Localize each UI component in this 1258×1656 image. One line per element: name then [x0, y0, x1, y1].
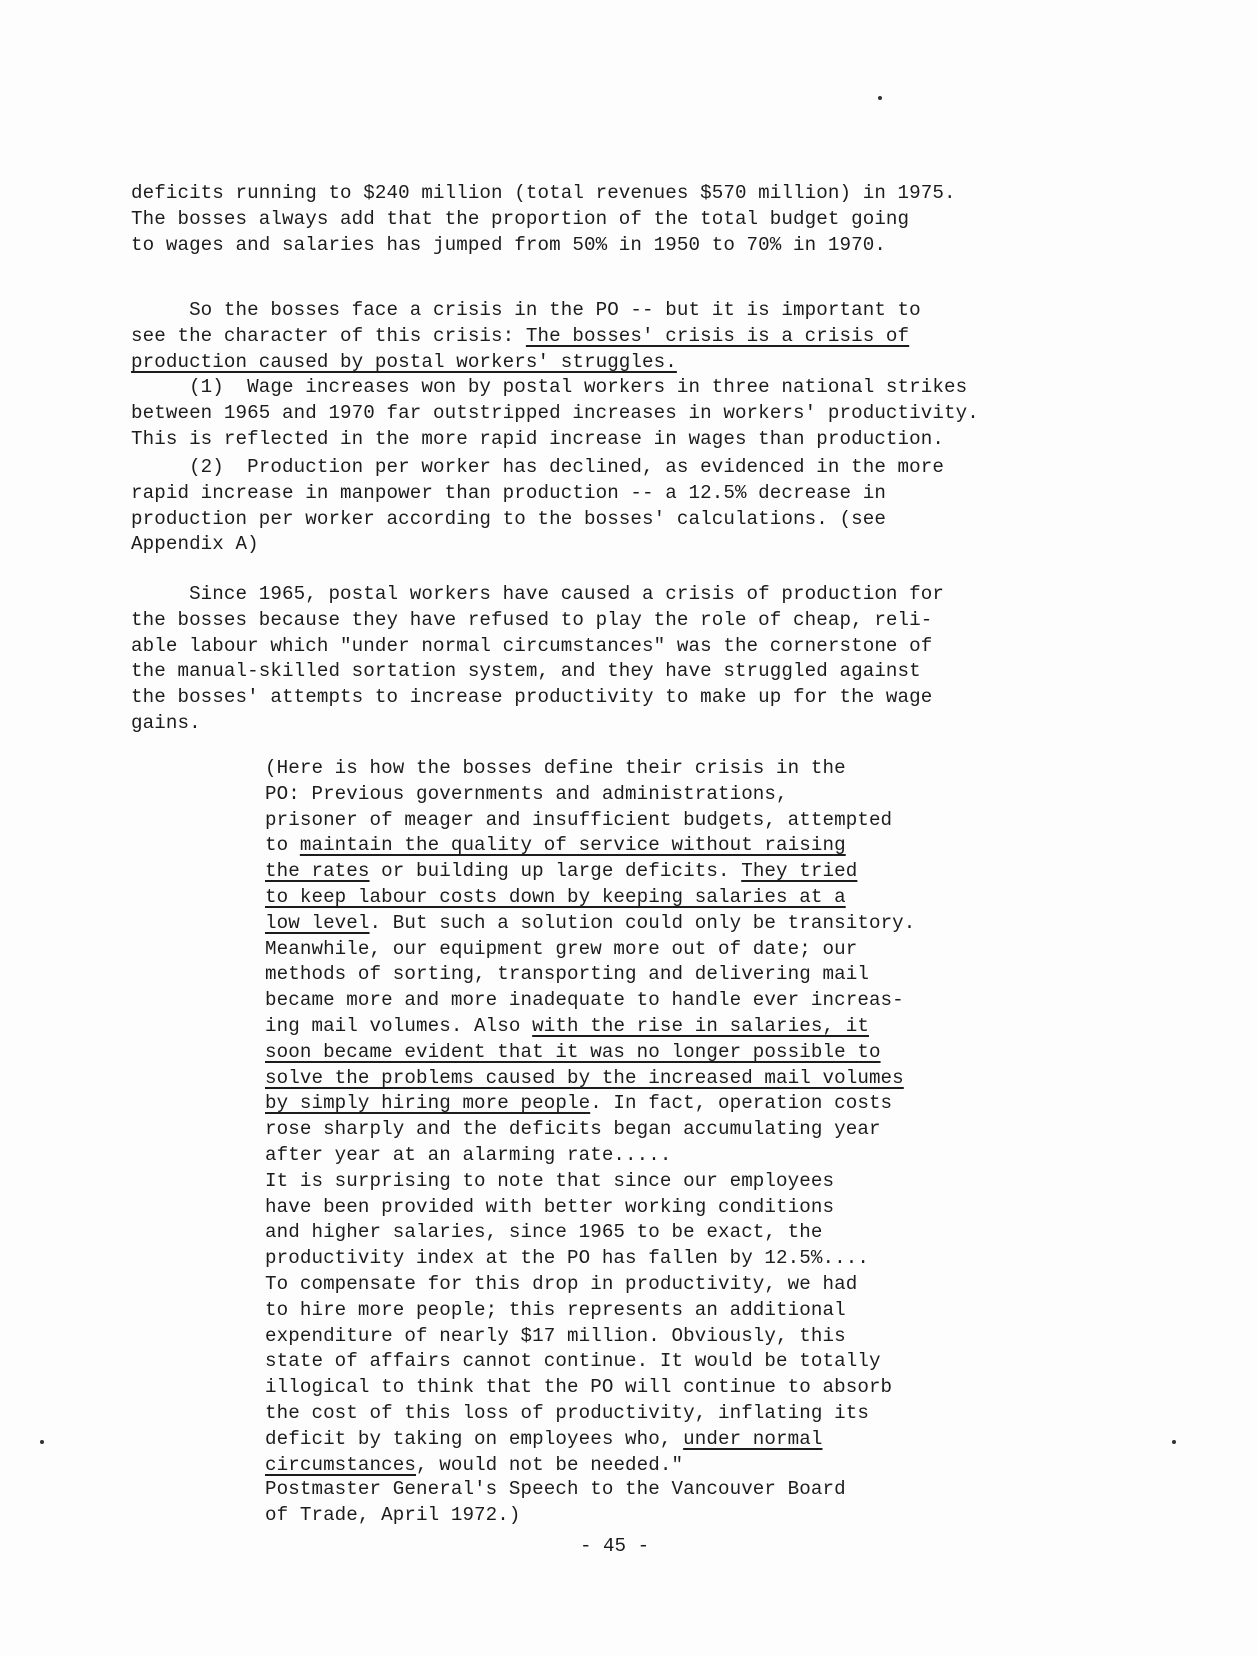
underlined-emphasis: production caused by postal workers' str…: [131, 351, 677, 373]
text-run: deficit by taking on employees who,: [265, 1428, 683, 1450]
text-run: deficits running to $240 million (total …: [131, 182, 956, 204]
text-run: the manual-skilled sortation system, and…: [131, 660, 921, 682]
text-run: have been provided with better working c…: [265, 1196, 834, 1218]
underlined-emphasis: circumstances: [265, 1454, 416, 1476]
text-run: of Trade, April 1972.): [265, 1504, 521, 1526]
text-line: between 1965 and 1970 far outstripped in…: [131, 401, 979, 426]
text-run: rose sharply and the deficits began accu…: [265, 1118, 881, 1140]
document-page: deficits running to $240 million (total …: [0, 0, 1258, 1656]
text-line: the bosses' attempts to increase product…: [131, 685, 932, 710]
text-line: methods of sorting, transporting and del…: [265, 962, 869, 987]
text-run: state of affairs cannot continue. It wou…: [265, 1350, 881, 1372]
text-line: became more and more inadequate to handl…: [265, 988, 904, 1013]
text-run: expenditure of nearly $17 million. Obvio…: [265, 1325, 846, 1347]
text-run: Meanwhile, our equipment grew more out o…: [265, 938, 857, 960]
text-run: or building up large deficits.: [370, 860, 742, 882]
text-line: Meanwhile, our equipment grew more out o…: [265, 937, 857, 962]
text-line: to wages and salaries has jumped from 50…: [131, 233, 886, 258]
text-run: . In fact, operation costs: [590, 1092, 892, 1114]
text-line: solve the problems caused by the increas…: [265, 1066, 904, 1091]
text-run: able labour which "under normal circumst…: [131, 635, 932, 657]
text-run: see the character of this crisis:: [131, 325, 526, 347]
text-run: , would not be needed.": [416, 1454, 683, 1476]
text-line: of Trade, April 1972.): [265, 1503, 521, 1528]
text-run: the cost of this loss of productivity, i…: [265, 1402, 869, 1424]
page-number: - 45 -: [580, 1535, 649, 1557]
text-line: soon became evident that it was no longe…: [265, 1040, 881, 1065]
text-line: to maintain the quality of service witho…: [265, 833, 846, 858]
text-line: and higher salaries, since 1965 to be ex…: [265, 1220, 823, 1245]
underlined-emphasis: They tried: [741, 860, 857, 882]
text-line: To compensate for this drop in productiv…: [265, 1272, 857, 1297]
underlined-emphasis: maintain the quality of service without …: [300, 834, 846, 856]
text-line: to hire more people; this represents an …: [265, 1298, 846, 1323]
text-line: the bosses because they have refused to …: [131, 608, 932, 633]
underlined-emphasis: with the rise in salaries, it: [532, 1015, 869, 1037]
text-line: (1) Wage increases won by postal workers…: [131, 375, 967, 400]
text-run: PO: Previous governments and administrat…: [265, 783, 788, 805]
text-run: illogical to think that the PO will cont…: [265, 1376, 892, 1398]
text-run: ing mail volumes. Also: [265, 1015, 532, 1037]
text-run: (1) Wage increases won by postal workers…: [131, 376, 967, 398]
text-line: Appendix A): [131, 532, 259, 557]
text-line: PO: Previous governments and administrat…: [265, 782, 788, 807]
text-run: became more and more inadequate to handl…: [265, 989, 904, 1011]
text-run: It is surprising to note that since our …: [265, 1170, 834, 1192]
scan-speck: [878, 96, 882, 100]
text-run: The bosses always add that the proportio…: [131, 208, 909, 230]
text-line: deficit by taking on employees who, unde…: [265, 1427, 823, 1452]
text-run: To compensate for this drop in productiv…: [265, 1273, 857, 1295]
text-line: the manual-skilled sortation system, and…: [131, 659, 921, 684]
text-run: the bosses because they have refused to …: [131, 609, 932, 631]
text-line: deficits running to $240 million (total …: [131, 181, 956, 206]
text-line: after year at an alarming rate.....: [265, 1143, 672, 1168]
text-line: rose sharply and the deficits began accu…: [265, 1117, 881, 1142]
text-line: circumstances, would not be needed.": [265, 1453, 683, 1478]
text-run: to hire more people; this represents an …: [265, 1299, 846, 1321]
underlined-emphasis: solve the problems caused by the increas…: [265, 1067, 904, 1089]
text-line: Since 1965, postal workers have caused a…: [131, 582, 944, 607]
text-line: It is surprising to note that since our …: [265, 1169, 834, 1194]
text-line: So the bosses face a crisis in the PO --…: [131, 298, 921, 323]
text-run: gains.: [131, 712, 201, 734]
text-run: Appendix A): [131, 533, 259, 555]
text-run: So the bosses face a crisis in the PO --…: [131, 299, 921, 321]
text-run: (Here is how the bosses define their cri…: [265, 757, 846, 779]
text-run: Postmaster General's Speech to the Vanco…: [265, 1478, 846, 1500]
text-run: production per worker according to the b…: [131, 508, 886, 530]
text-run: . But such a solution could only be tran…: [370, 912, 916, 934]
underlined-emphasis: soon became evident that it was no longe…: [265, 1041, 881, 1063]
text-run: after year at an alarming rate.....: [265, 1144, 672, 1166]
scan-speck: [1172, 1440, 1176, 1444]
text-line: gains.: [131, 711, 201, 736]
text-line: see the character of this crisis: The bo…: [131, 324, 909, 349]
text-run: productivity index at the PO has fallen …: [265, 1247, 869, 1269]
underlined-emphasis: low level: [265, 912, 370, 934]
text-run: prisoner of meager and insufficient budg…: [265, 809, 892, 831]
text-line: to keep labour costs down by keeping sal…: [265, 885, 846, 910]
text-run: rapid increase in manpower than producti…: [131, 482, 886, 504]
text-line: Postmaster General's Speech to the Vanco…: [265, 1477, 846, 1502]
text-line: prisoner of meager and insufficient budg…: [265, 808, 892, 833]
text-line: the rates or building up large deficits.…: [265, 859, 857, 884]
text-line: low level. But such a solution could onl…: [265, 911, 915, 936]
text-run: and higher salaries, since 1965 to be ex…: [265, 1221, 823, 1243]
scan-speck: [40, 1440, 44, 1444]
text-line: have been provided with better working c…: [265, 1195, 834, 1220]
text-run: Since 1965, postal workers have caused a…: [131, 583, 944, 605]
text-line: This is reflected in the more rapid incr…: [131, 427, 944, 452]
text-line: productivity index at the PO has fallen …: [265, 1246, 869, 1271]
text-line: production caused by postal workers' str…: [131, 350, 677, 375]
text-line: The bosses always add that the proportio…: [131, 207, 909, 232]
text-line: able labour which "under normal circumst…: [131, 634, 932, 659]
text-line: illogical to think that the PO will cont…: [265, 1375, 892, 1400]
text-run: (2) Production per worker has declined, …: [131, 456, 944, 478]
text-run: the bosses' attempts to increase product…: [131, 686, 932, 708]
text-line: by simply hiring more people. In fact, o…: [265, 1091, 892, 1116]
text-run: methods of sorting, transporting and del…: [265, 963, 869, 985]
text-run: to wages and salaries has jumped from 50…: [131, 234, 886, 256]
text-run: This is reflected in the more rapid incr…: [131, 428, 944, 450]
underlined-emphasis: by simply hiring more people: [265, 1092, 590, 1114]
underlined-emphasis: to keep labour costs down by keeping sal…: [265, 886, 846, 908]
text-line: expenditure of nearly $17 million. Obvio…: [265, 1324, 846, 1349]
underlined-emphasis: the rates: [265, 860, 370, 882]
text-line: production per worker according to the b…: [131, 507, 886, 532]
text-line: ing mail volumes. Also with the rise in …: [265, 1014, 869, 1039]
underlined-emphasis: The bosses' crisis is a crisis of: [526, 325, 909, 347]
text-line: (Here is how the bosses define their cri…: [265, 756, 846, 781]
underlined-emphasis: under normal: [683, 1428, 822, 1450]
text-line: (2) Production per worker has declined, …: [131, 455, 944, 480]
text-line: the cost of this loss of productivity, i…: [265, 1401, 869, 1426]
text-run: between 1965 and 1970 far outstripped in…: [131, 402, 979, 424]
text-run: to: [265, 834, 300, 856]
text-line: rapid increase in manpower than producti…: [131, 481, 886, 506]
text-line: state of affairs cannot continue. It wou…: [265, 1349, 881, 1374]
